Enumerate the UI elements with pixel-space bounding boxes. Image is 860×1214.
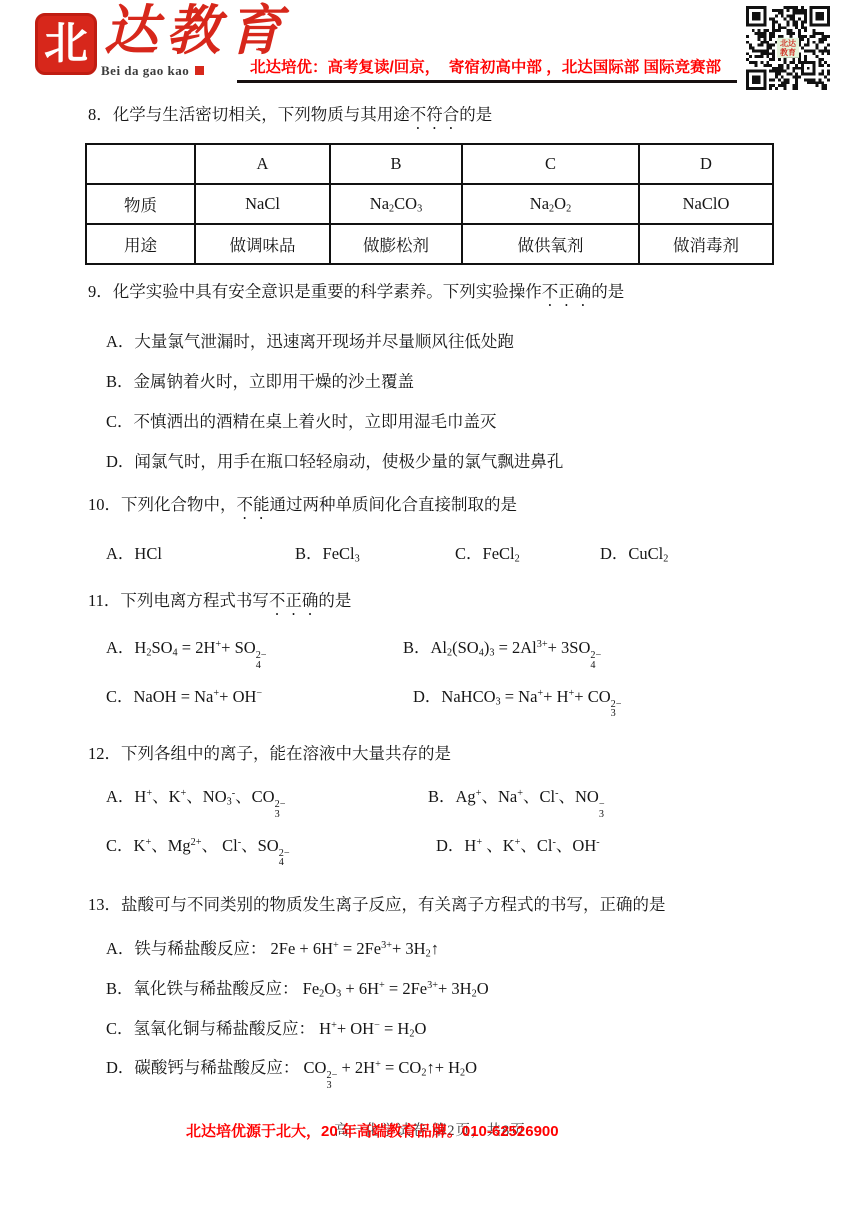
q8-table-header-row: A B C D xyxy=(86,144,773,184)
brand-subtitle-text: Bei da gao kao xyxy=(101,63,189,78)
question-text: 化学与生活密切相关，下列物质与其用途 xyxy=(113,105,410,124)
q10-option-c: C．FeCl2 xyxy=(455,541,600,567)
q12-option-c: C．K+、Mg2+、 Cl-、SO2−4 xyxy=(106,833,436,869)
question-text-emphasized: 不正确 xyxy=(269,591,319,610)
question-number: 9． xyxy=(88,282,113,301)
q8-table-row-use: 用途 做调味品 做膨松剂 做供氧剂 做消毒剂 xyxy=(86,224,773,264)
q9-option-b: B．金属钠着火时，立即用干燥的沙土覆盖 xyxy=(106,371,860,393)
q8-th-blank xyxy=(86,144,195,184)
q8-th-c: C xyxy=(462,144,639,184)
option-label: D． xyxy=(600,544,628,563)
option-label: B． xyxy=(295,544,323,563)
question-13-title: 13．盐酸可与不同类别的物质发生离子反应，有关离子方程式的书写，正确的是 xyxy=(88,894,830,923)
header-rule xyxy=(237,80,737,83)
q11-option-d: D．NaHCO3 = Na++ H++ CO2−3 xyxy=(413,684,622,720)
option-label: B． xyxy=(428,787,456,806)
option-formula: CuCl2 xyxy=(628,544,668,563)
option-text: 闻氯气时，用手在瓶口轻轻扇动，使极少量的氯气飘进鼻孔 xyxy=(134,452,563,471)
question-number: 12． xyxy=(88,744,121,763)
qr-label: 北达 教育 xyxy=(777,38,799,58)
option-formula: Al2(SO4)3 = 2Al3++ 3SO2−4 xyxy=(431,638,602,657)
option-label: D． xyxy=(436,836,464,855)
option-formula: Ag+、Na+、Cl-、NO−3 xyxy=(456,787,605,806)
option-label: B． xyxy=(106,372,134,391)
q9-option-d: D．闻氯气时，用手在瓶口轻轻扇动，使极少量的氯气飘进鼻孔 xyxy=(106,451,860,473)
q8-cell: 做供氧剂 xyxy=(462,224,639,264)
option-formula: H+、K+、NO3-、CO2−3 xyxy=(134,787,285,806)
exam-body: 8．化学与生活密切相关，下列物质与其用途不符合的是 A B C D 物质 NaC… xyxy=(0,104,860,1091)
q13-option-c: C．氢氧化铜与稀盐酸反应： H++ OH− = H2O xyxy=(106,1016,860,1042)
question-number: 8． xyxy=(88,105,113,124)
option-label: C． xyxy=(106,687,134,706)
option-formula: NaOH = Na++ OH− xyxy=(134,687,263,706)
seal-character: 北 xyxy=(44,22,88,66)
option-formula: HCl xyxy=(134,544,162,563)
option-label: C． xyxy=(106,836,134,855)
question-number: 10． xyxy=(88,495,121,514)
option-formula: H2SO4 = 2H++ SO2−4 xyxy=(134,638,266,657)
option-label: A． xyxy=(106,332,134,351)
page-header: 北 达教育 Bei da gao kao 北达培优：高考复读/回京， 寄宿初高中… xyxy=(0,0,860,92)
q8-cell: NaCl xyxy=(195,184,330,224)
option-label: A． xyxy=(106,787,134,806)
qr-code-icon: 北达 教育 xyxy=(746,6,830,90)
q8-th-a: A xyxy=(195,144,330,184)
question-text: 下列各组中的离子，能在溶液中大量共存的是 xyxy=(121,744,451,763)
option-text: 金属钠着火时，立即用干燥的沙土覆盖 xyxy=(134,372,415,391)
qr-label-line1: 北达 xyxy=(780,39,796,48)
footer-slogan: 北达培优源于北大，20 年高端教育品牌。010-62526900 xyxy=(186,1120,559,1141)
question-11-title: 11．下列电离方程式书写不正确的是 xyxy=(88,590,830,619)
option-label: C． xyxy=(106,1019,134,1038)
question-text: 化学实验中具有安全意识是重要的科学素养。下列实验操作 xyxy=(113,282,542,301)
question-text: 的是 xyxy=(591,282,624,301)
option-formula: 氢氧化铜与稀盐酸反应： H++ OH− = H2O xyxy=(134,1019,427,1038)
option-label: B． xyxy=(403,638,431,657)
header-tagline: 北达培优：高考复读/回京， 寄宿初高中部 ，北达国际部 国际竞赛部 xyxy=(250,55,721,77)
q11-options-row-1: A．H2SO4 = 2H++ SO2−4 B．Al2(SO4)3 = 2Al3+… xyxy=(106,635,860,671)
option-text: 不慎洒出的酒精在桌上着火时，立即用湿毛巾盖灭 xyxy=(134,412,497,431)
question-number: 13． xyxy=(88,895,121,914)
option-formula: FeCl3 xyxy=(323,544,360,563)
q8-cell: 做消毒剂 xyxy=(639,224,773,264)
exam-page: { "header": { "seal_char": "北", "brand":… xyxy=(0,0,860,1214)
q8-cell: 做调味品 xyxy=(195,224,330,264)
q12-option-d: D．H+ 、K+、Cl-、OH- xyxy=(436,833,600,869)
q13-option-b: B．氧化铁与稀盐酸反应： Fe2O3 + 6H+ = 2Fe3++ 3H2O xyxy=(106,976,860,1002)
q10-option-a: A．HCl xyxy=(106,541,295,567)
q10-option-b: B．FeCl3 xyxy=(295,541,455,567)
question-text: 盐酸可与不同类别的物质发生离子反应，有关离子方程式的书写，正确的是 xyxy=(121,895,666,914)
option-label: C． xyxy=(106,412,134,431)
q12-options-row-1: A．H+、K+、NO3-、CO2−3 B．Ag+、Na+、Cl-、NO−3 xyxy=(106,784,860,820)
question-text-emphasized: 不能 xyxy=(237,495,270,514)
q8-row-label: 物质 xyxy=(86,184,195,224)
option-label: D． xyxy=(106,452,134,471)
qr-label-line2: 教育 xyxy=(780,48,796,57)
option-label: A． xyxy=(106,544,134,563)
option-label: A． xyxy=(106,638,134,657)
q11-options-row-2: C．NaOH = Na++ OH− D．NaHCO3 = Na++ H++ CO… xyxy=(106,684,860,720)
question-number: 11． xyxy=(88,591,120,610)
q11-option-a: A．H2SO4 = 2H++ SO2−4 xyxy=(106,635,403,671)
question-10-title: 10．下列化合物中，不能通过两种单质间化合直接制取的是 xyxy=(88,494,830,523)
question-text-emphasized: 不正确 xyxy=(542,282,592,301)
question-text: 的是 xyxy=(318,591,351,610)
option-label: C． xyxy=(455,544,483,563)
red-square-icon xyxy=(195,66,204,75)
q10-options-row: A．HCl B．FeCl3 C．FeCl2 D．CuCl2 xyxy=(106,541,860,567)
q12-option-b: B．Ag+、Na+、Cl-、NO−3 xyxy=(428,784,605,820)
q11-option-b: B．Al2(SO4)3 = 2Al3++ 3SO2−4 xyxy=(403,635,601,671)
question-text: 的是 xyxy=(459,105,492,124)
brand-subtitle: Bei da gao kao xyxy=(101,63,204,79)
brand-text: 达教育 xyxy=(104,0,290,62)
option-label: B． xyxy=(106,979,134,998)
brand-seal-icon: 北 xyxy=(35,13,97,75)
option-label: A． xyxy=(106,939,134,958)
question-text: 下列电离方程式书写 xyxy=(120,591,269,610)
option-formula: 铁与稀盐酸反应： 2Fe + 6H+ = 2Fe3++ 3H2↑ xyxy=(134,939,439,958)
q8-table-row-substance: 物质 NaCl Na2CO3 Na2O2 NaClO xyxy=(86,184,773,224)
q10-option-d: D．CuCl2 xyxy=(600,541,668,567)
question-text: 下列化合物中， xyxy=(121,495,237,514)
q8-row-label: 用途 xyxy=(86,224,195,264)
q8-cell: 做膨松剂 xyxy=(330,224,462,264)
question-12-title: 12．下列各组中的离子，能在溶液中大量共存的是 xyxy=(88,743,830,772)
q8-th-b: B xyxy=(330,144,462,184)
q13-option-d: D．碳酸钙与稀盐酸反应： CO2−3 + 2H+ = CO2↑+ H2O xyxy=(106,1055,860,1091)
option-formula: 碳酸钙与稀盐酸反应： CO2−3 + 2H+ = CO2↑+ H2O xyxy=(134,1058,477,1077)
question-8-title: 8．化学与生活密切相关，下列物质与其用途不符合的是 xyxy=(88,104,830,133)
q9-option-a: A．大量氯气泄漏时，迅速离开现场并尽量顺风往低处跑 xyxy=(106,331,860,353)
option-text: 大量氯气泄漏时，迅速离开现场并尽量顺风往低处跑 xyxy=(134,332,514,351)
option-formula: NaHCO3 = Na++ H++ CO2−3 xyxy=(441,687,621,706)
option-label: D． xyxy=(413,687,441,706)
q8-cell: NaClO xyxy=(639,184,773,224)
q13-option-a: A．铁与稀盐酸反应： 2Fe + 6H+ = 2Fe3++ 3H2↑ xyxy=(106,936,860,962)
question-text: 通过两种单质间化合直接制取的是 xyxy=(270,495,518,514)
q11-option-c: C．NaOH = Na++ OH− xyxy=(106,684,413,720)
option-formula: H+ 、K+、Cl-、OH- xyxy=(464,836,599,855)
option-label: D． xyxy=(106,1058,134,1077)
question-9-title: 9．化学实验中具有安全意识是重要的科学素养。下列实验操作不正确的是 xyxy=(88,281,830,310)
option-formula: 氧化铁与稀盐酸反应： Fe2O3 + 6H+ = 2Fe3++ 3H2O xyxy=(134,979,489,998)
q8-th-d: D xyxy=(639,144,773,184)
q8-cell: Na2O2 xyxy=(462,184,639,224)
q8-table: A B C D 物质 NaCl Na2CO3 Na2O2 NaClO 用途 做调… xyxy=(85,143,774,265)
q12-option-a: A．H+、K+、NO3-、CO2−3 xyxy=(106,784,428,820)
question-text-emphasized: 不符合 xyxy=(410,105,460,124)
option-formula: K+、Mg2+、 Cl-、SO2−4 xyxy=(134,836,290,855)
q8-cell: Na2CO3 xyxy=(330,184,462,224)
option-formula: FeCl2 xyxy=(483,544,520,563)
q12-options-row-2: C．K+、Mg2+、 Cl-、SO2−4 D．H+ 、K+、Cl-、OH- xyxy=(106,833,860,869)
q9-option-c: C．不慎洒出的酒精在桌上着火时，立即用湿毛巾盖灭 xyxy=(106,411,860,433)
